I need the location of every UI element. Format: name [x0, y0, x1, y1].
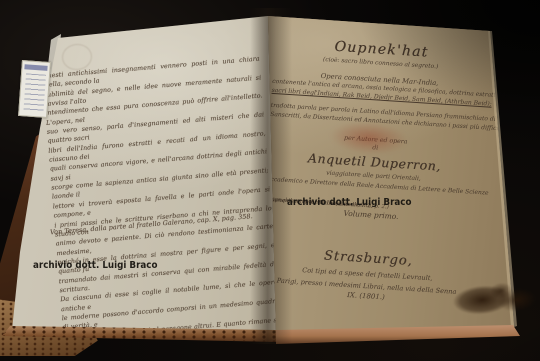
ink-blot — [447, 276, 540, 322]
library-label-text-lines — [23, 73, 46, 112]
gutter-shadow — [250, 8, 292, 344]
red-stain — [329, 119, 409, 156]
photo-of-open-book: Questi antichissimi insegnamenti vennero… — [0, 0, 540, 361]
watermark-overlay: archivio dott. Luigi Braco — [33, 260, 157, 271]
title-page-content: Oupnek'hat (cioè: sacro libro connesso a… — [259, 22, 490, 307]
watermark-overlay: archivio dott. Luigi Braco — [287, 197, 411, 208]
library-label — [18, 60, 51, 118]
library-label-header-bar — [24, 64, 47, 71]
embossed-stamp — [61, 43, 94, 72]
